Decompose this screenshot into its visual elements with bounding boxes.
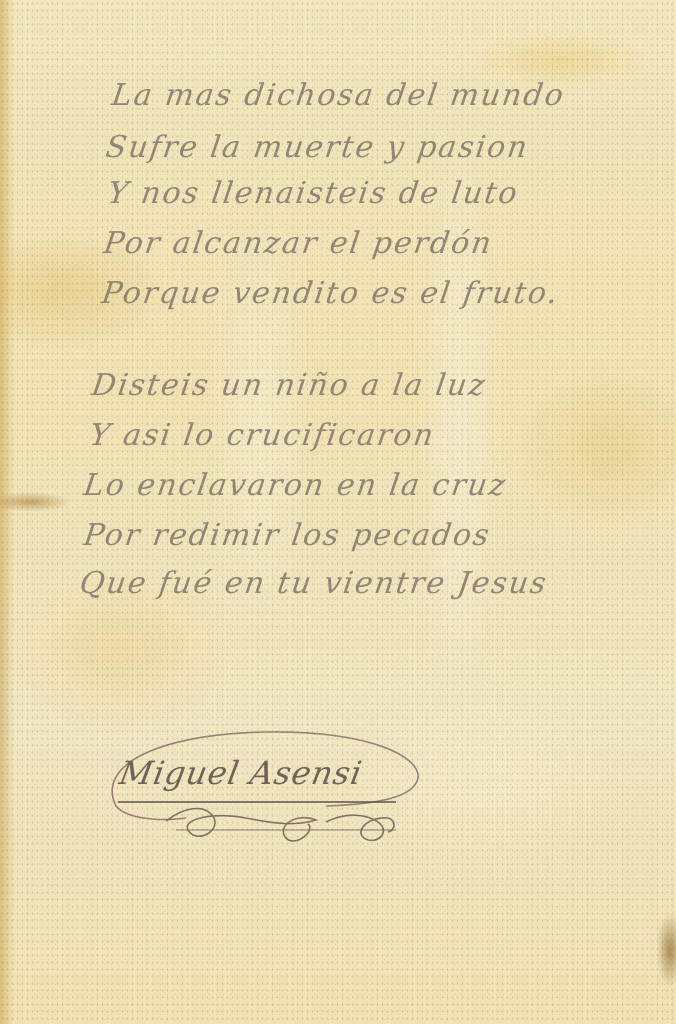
poem-line: Porque vendito es el fruto. xyxy=(100,276,562,311)
signature-name: Miguel Asensi xyxy=(117,754,366,792)
poem-line: Lo enclavaron en la cruz xyxy=(82,468,510,503)
poem-line: Sufre la muerte y pasion xyxy=(104,130,532,165)
poem-line: Por redimir los pecados xyxy=(82,518,494,553)
poem-line: Por alcanzar el perdón xyxy=(102,226,496,261)
poem-line: Y nos llenaisteis de luto xyxy=(106,176,522,211)
poem-line: Disteis un niño a la luz xyxy=(90,368,489,403)
aged-paper-page: La mas dichosa del mundo Sufre la muerte… xyxy=(0,0,676,1024)
signature: Miguel Asensi xyxy=(96,726,426,856)
poem-line: Que fué en tu vientre Jesus xyxy=(78,566,551,601)
poem-line: Y asi lo crucificaron xyxy=(88,418,438,453)
poem-line: La mas dichosa del mundo xyxy=(110,78,568,113)
